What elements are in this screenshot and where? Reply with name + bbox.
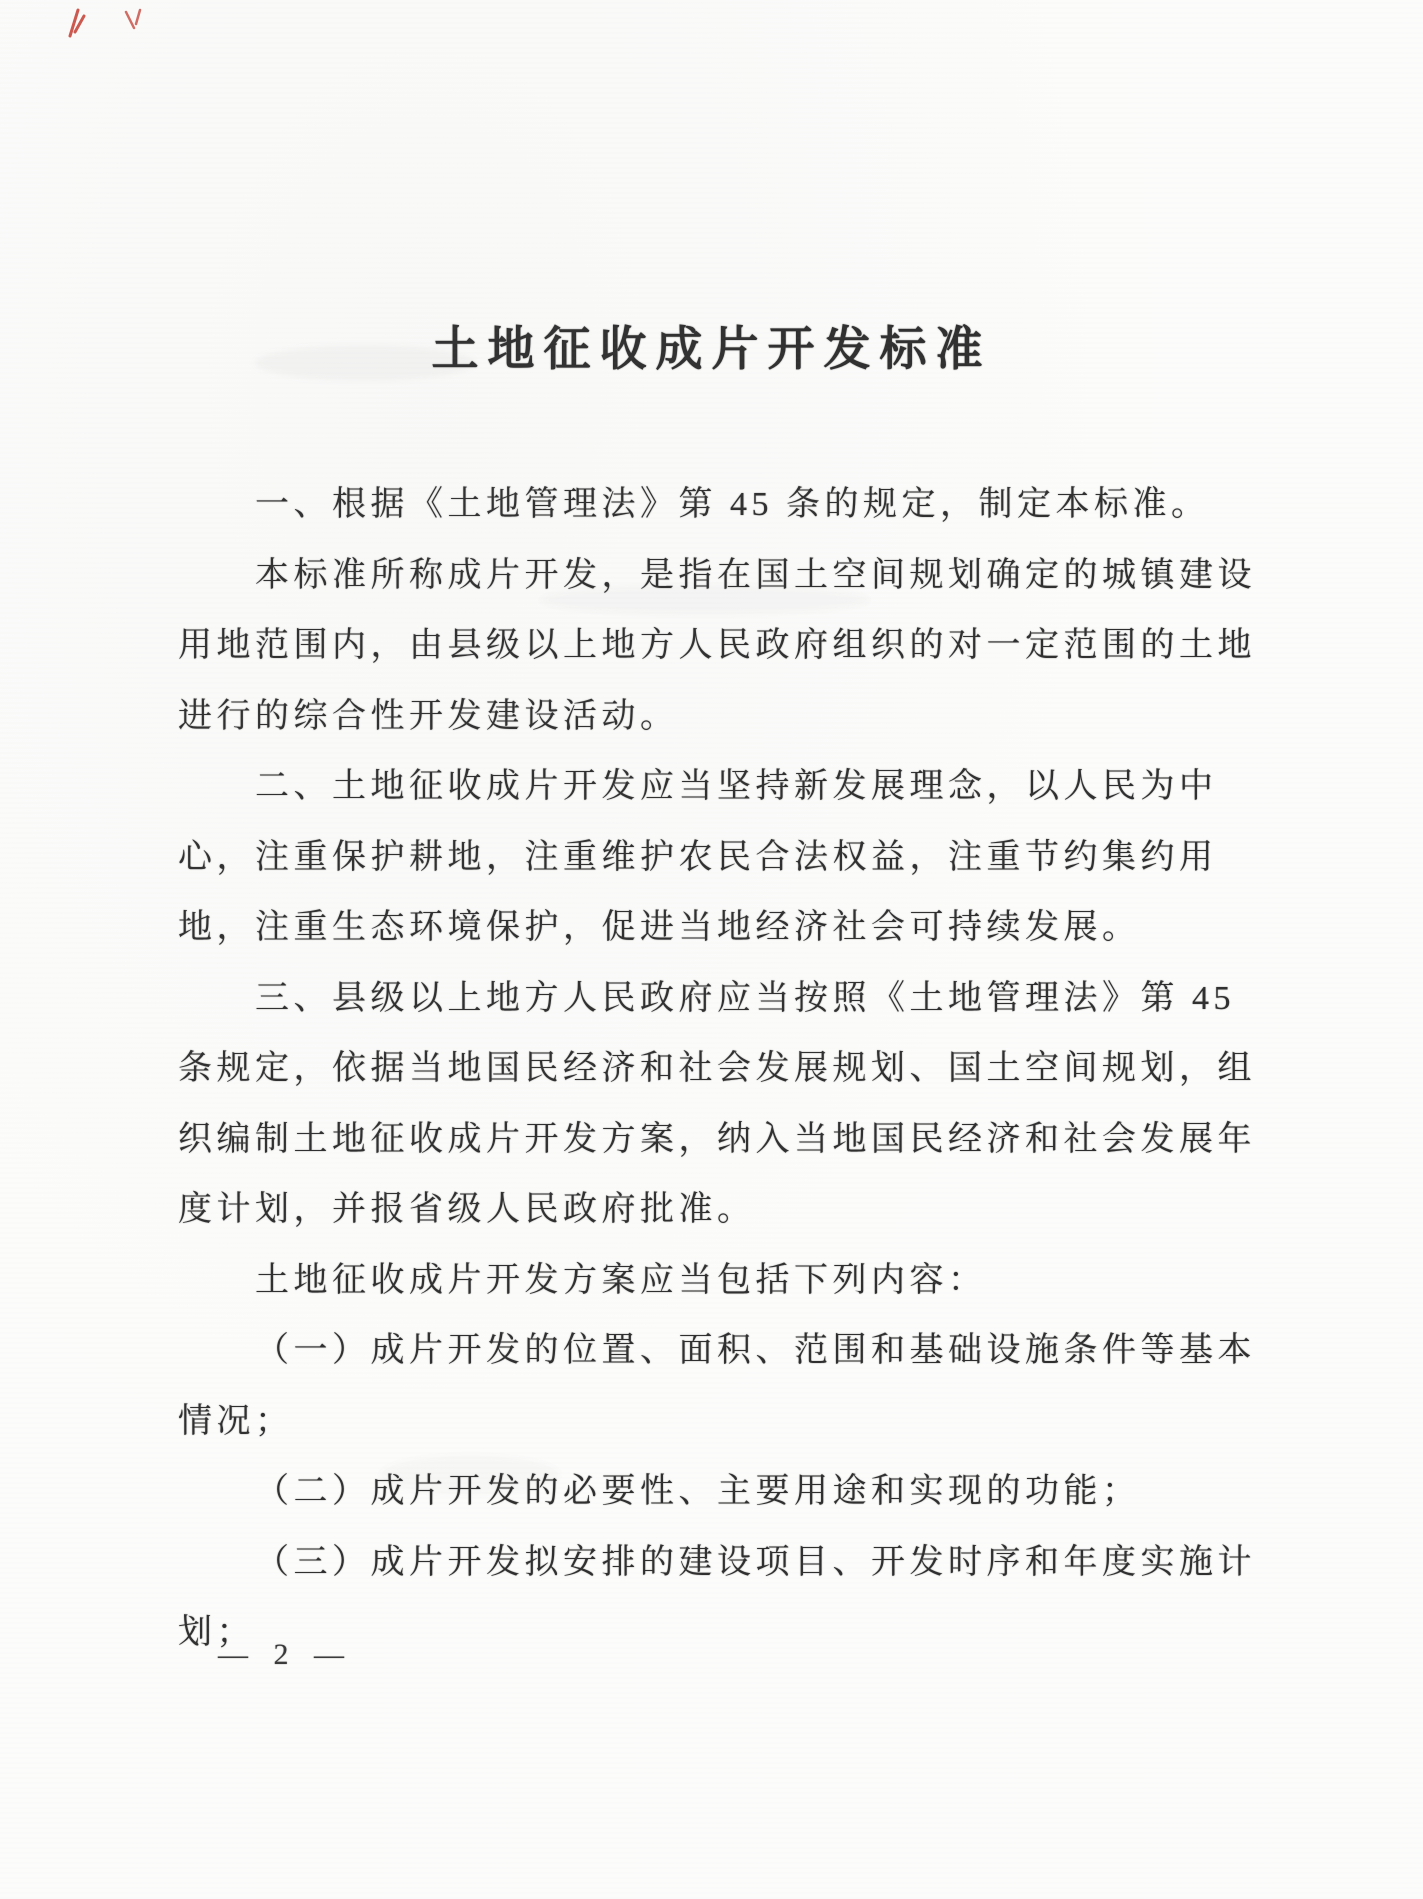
text-line: 地，注重生态环境保护，促进当地经济社会可持续发展。	[178, 893, 1253, 964]
text-line: 土地征收成片开发方案应当包括下列内容：	[178, 1246, 1253, 1317]
text-line: 织编制土地征收成片开发方案，纳入当地国民经济和社会发展年	[178, 1105, 1253, 1176]
text-line: 用地范围内，由县级以上地方人民政府组织的对一定范围的土地	[178, 611, 1253, 682]
document-title: 土地征收成片开发标准	[0, 312, 1423, 379]
text-line: （三）成片开发拟安排的建设项目、开发时序和年度实施计	[178, 1528, 1253, 1599]
text-line: 一、根据《土地管理法》第 45 条的规定，制定本标准。	[178, 470, 1253, 541]
text-line: 心，注重保护耕地，注重维护农民合法权益，注重节约集约用	[178, 823, 1253, 894]
text-line: 二、土地征收成片开发应当坚持新发展理念，以人民为中	[178, 752, 1253, 823]
text-line: 进行的综合性开发建设活动。	[178, 682, 1253, 753]
text-line: 条规定，依据当地国民经济和社会发展规划、国土空间规划，组	[178, 1034, 1253, 1105]
document-body: 一、根据《土地管理法》第 45 条的规定，制定本标准。本标准所称成片开发，是指在…	[178, 470, 1253, 1669]
text-line: 情况；	[178, 1387, 1253, 1458]
text-line: （二）成片开发的必要性、主要用途和实现的功能；	[178, 1457, 1253, 1528]
text-line: 本标准所称成片开发，是指在国土空间规划确定的城镇建设	[178, 541, 1253, 612]
red-ink-mark	[48, 2, 188, 62]
text-line: （一）成片开发的位置、面积、范围和基础设施条件等基本	[178, 1316, 1253, 1387]
page-number: — 2 —	[218, 1638, 353, 1672]
text-line: 度计划，并报省级人民政府批准。	[178, 1175, 1253, 1246]
scanned-document-page: 土地征收成片开发标准 一、根据《土地管理法》第 45 条的规定，制定本标准。本标…	[0, 0, 1423, 1899]
text-line: 三、县级以上地方人民政府应当按照《土地管理法》第 45	[178, 964, 1253, 1035]
